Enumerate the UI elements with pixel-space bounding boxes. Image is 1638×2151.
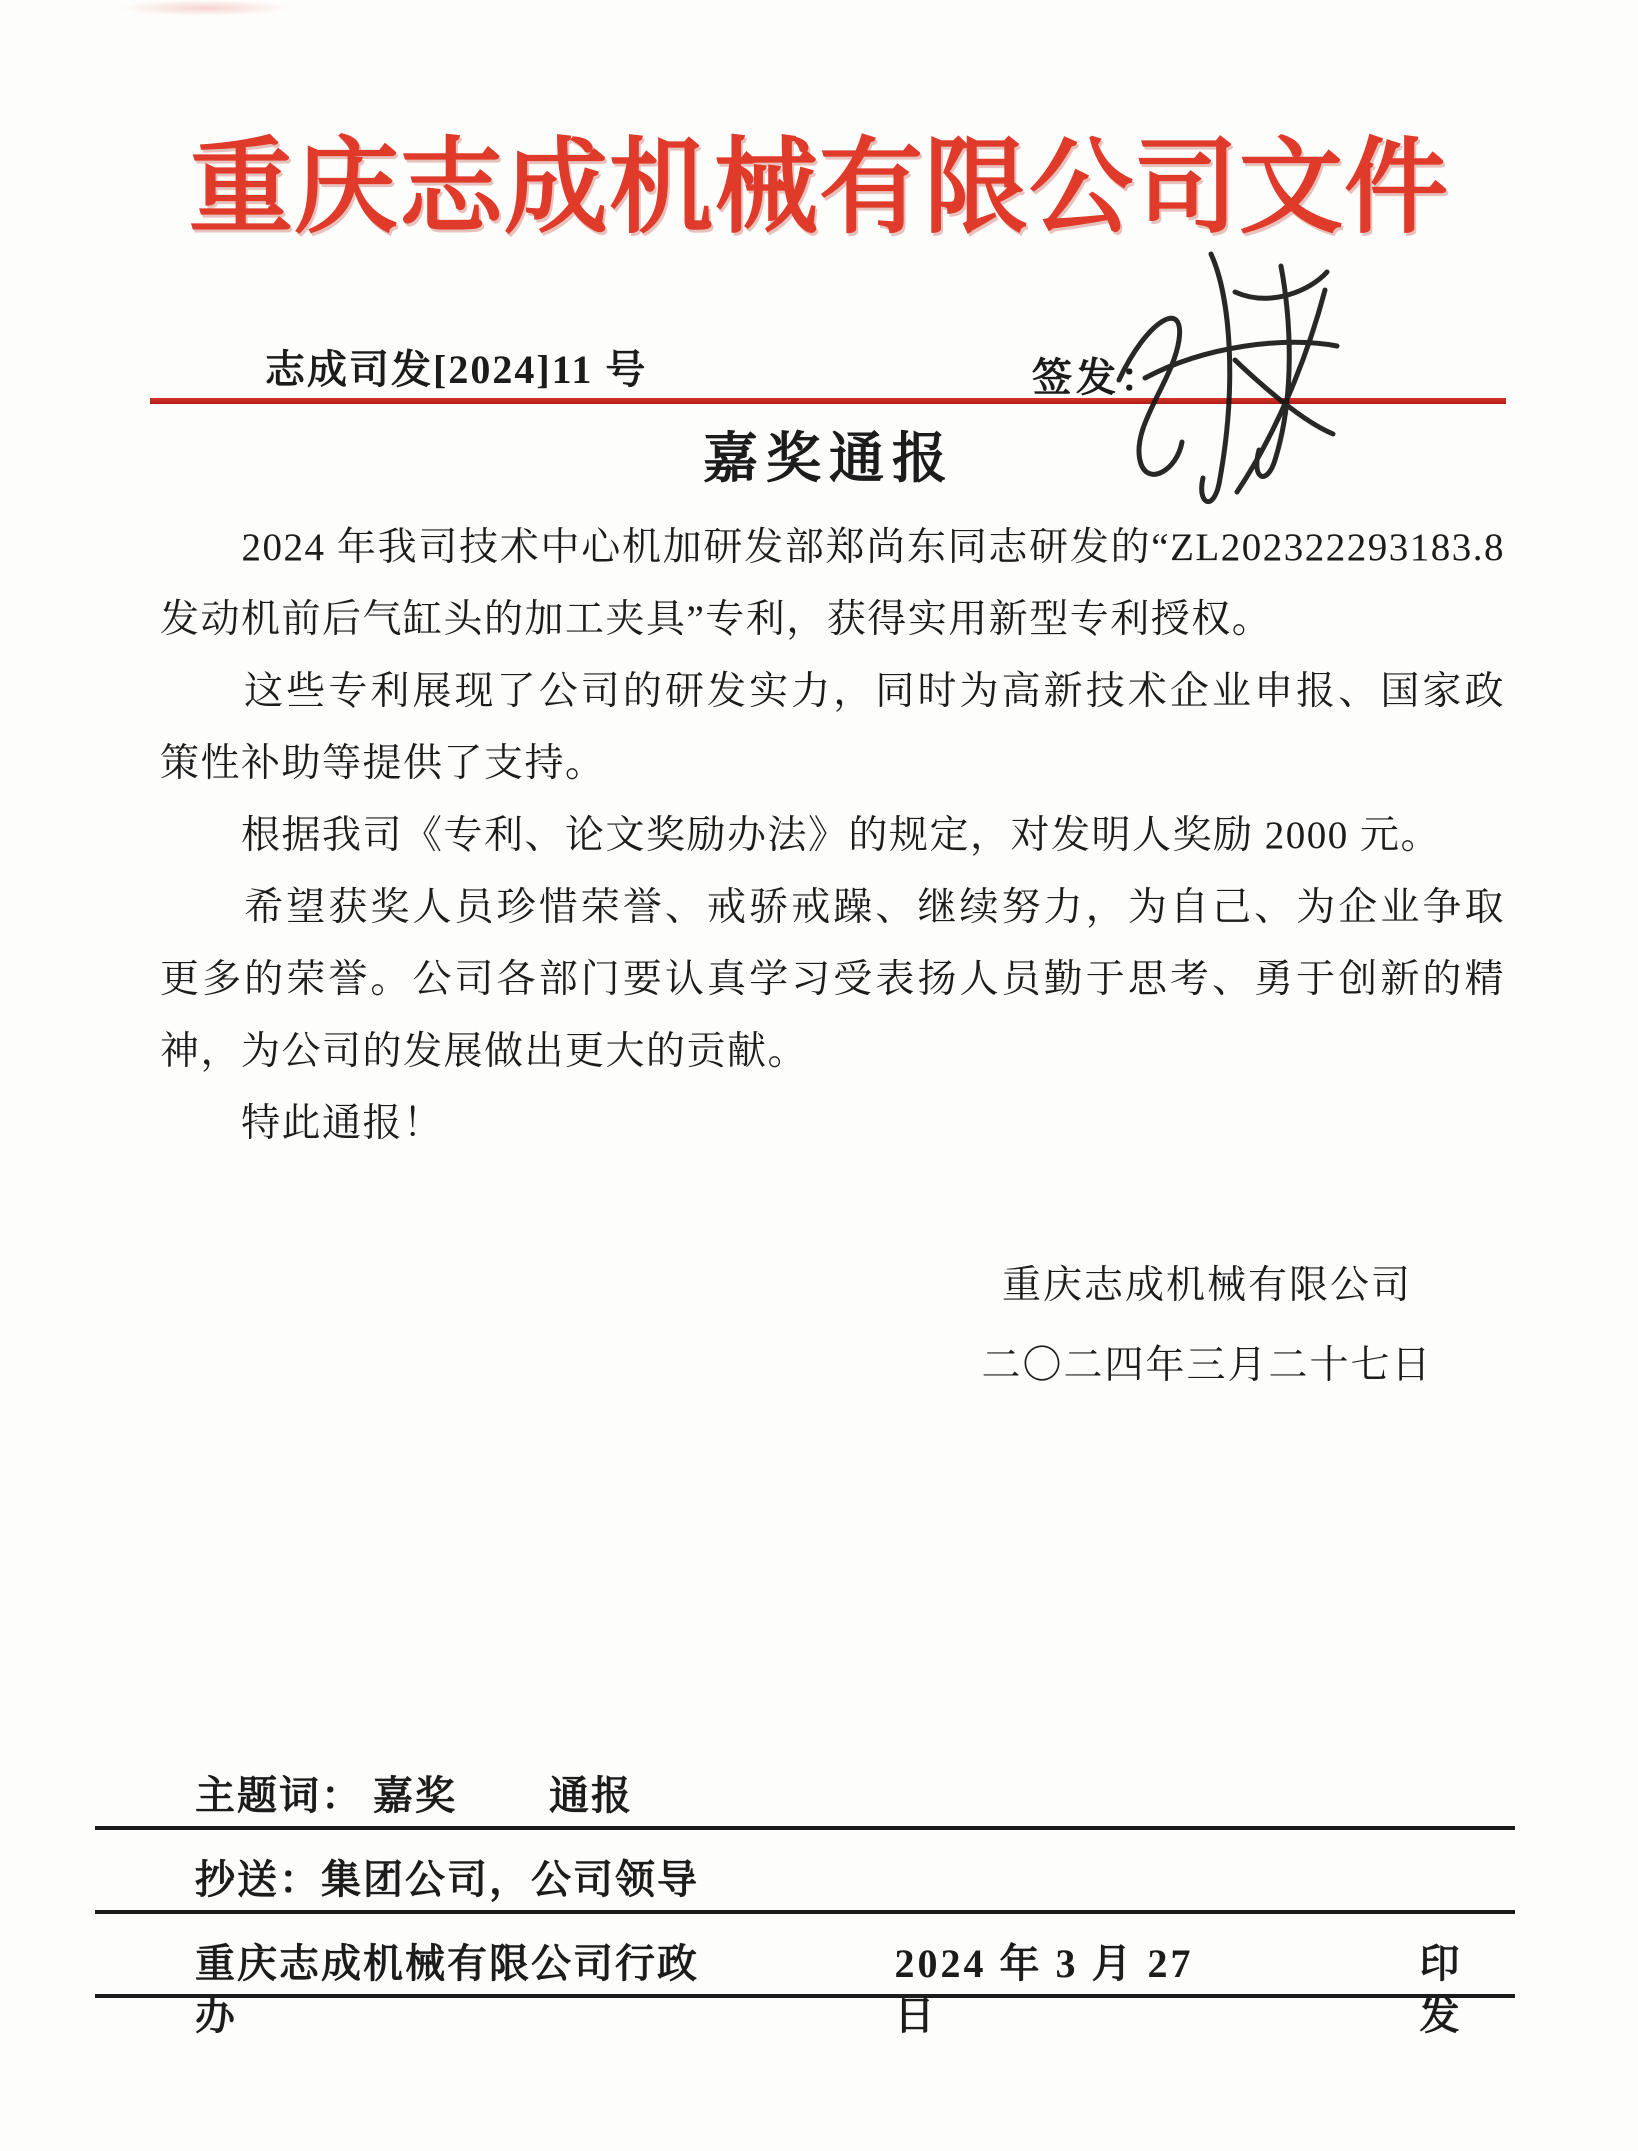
scan-artifact bbox=[120, 0, 290, 16]
cc-label: 抄送： bbox=[195, 1854, 321, 1906]
body-line: 根据我司《专利、论文奖励办法》的规定，对发明人奖励 2000 元。 bbox=[160, 800, 1505, 872]
topic-term: 嘉奖 bbox=[373, 1770, 457, 1822]
topic-term: 通报 bbox=[549, 1770, 633, 1822]
body-line: 策性补助等提供了支持。 bbox=[160, 728, 1505, 800]
cc-value: 集团公司，公司领导 bbox=[321, 1854, 699, 1906]
signoff-block: 重庆志成机械有限公司 二〇二四年三月二十七日 bbox=[972, 1246, 1442, 1406]
body-line: 这些专利展现了公司的研发实力，同时为高新技术企业申报、国家政 bbox=[160, 656, 1505, 728]
body-paragraphs: 2024 年我司技术中心机加研发部郑尚东同志研发的“ZL202322293183… bbox=[160, 512, 1505, 1160]
print-label: 印发 bbox=[1420, 1938, 1516, 2042]
signoff-company: 重庆志成机械有限公司 bbox=[972, 1246, 1442, 1326]
body-line: 发动机前后气缸头的加工夹具”专利，获得实用新型专利授权。 bbox=[160, 584, 1505, 656]
signoff-date: 二〇二四年三月二十七日 bbox=[972, 1326, 1442, 1406]
print-date: 2024 年 3 月 27 日 bbox=[894, 1938, 1233, 2042]
issuing-office: 重庆志成机械有限公司行政办 bbox=[195, 1938, 716, 2042]
body-line: 神，为公司的发展做出更大的贡献。 bbox=[160, 1016, 1505, 1088]
doc-number: 志成司发[2024]11 号 bbox=[265, 342, 647, 398]
topic-label: 主题词： bbox=[195, 1770, 363, 1822]
issuer-signature bbox=[1085, 228, 1355, 518]
body-line: 2024 年我司技术中心机加研发部郑尚东同志研发的“ZL202322293183… bbox=[160, 512, 1505, 584]
body-line: 更多的荣誉。公司各部门要认真学习受表扬人员勤于思考、勇于创新的精 bbox=[160, 944, 1505, 1016]
footer-print-row: 重庆志成机械有限公司行政办 2024 年 3 月 27 日 印发 bbox=[95, 1938, 1515, 1998]
body-line: 希望获奖人员珍惜荣誉、戒骄戒躁、继续努力，为自己、为企业争取 bbox=[160, 872, 1505, 944]
footer-topic-row: 主题词： 嘉奖通报 bbox=[95, 1770, 1515, 1830]
footer-cc-row: 抄送： 集团公司，公司领导 bbox=[95, 1854, 1515, 1914]
document-page: 重庆志成机械有限公司文件 志成司发[2024]11 号 签发： 嘉奖通报 202… bbox=[0, 0, 1638, 2151]
topic-terms: 嘉奖通报 bbox=[373, 1770, 633, 1822]
body-line: 特此通报！ bbox=[160, 1088, 1505, 1160]
